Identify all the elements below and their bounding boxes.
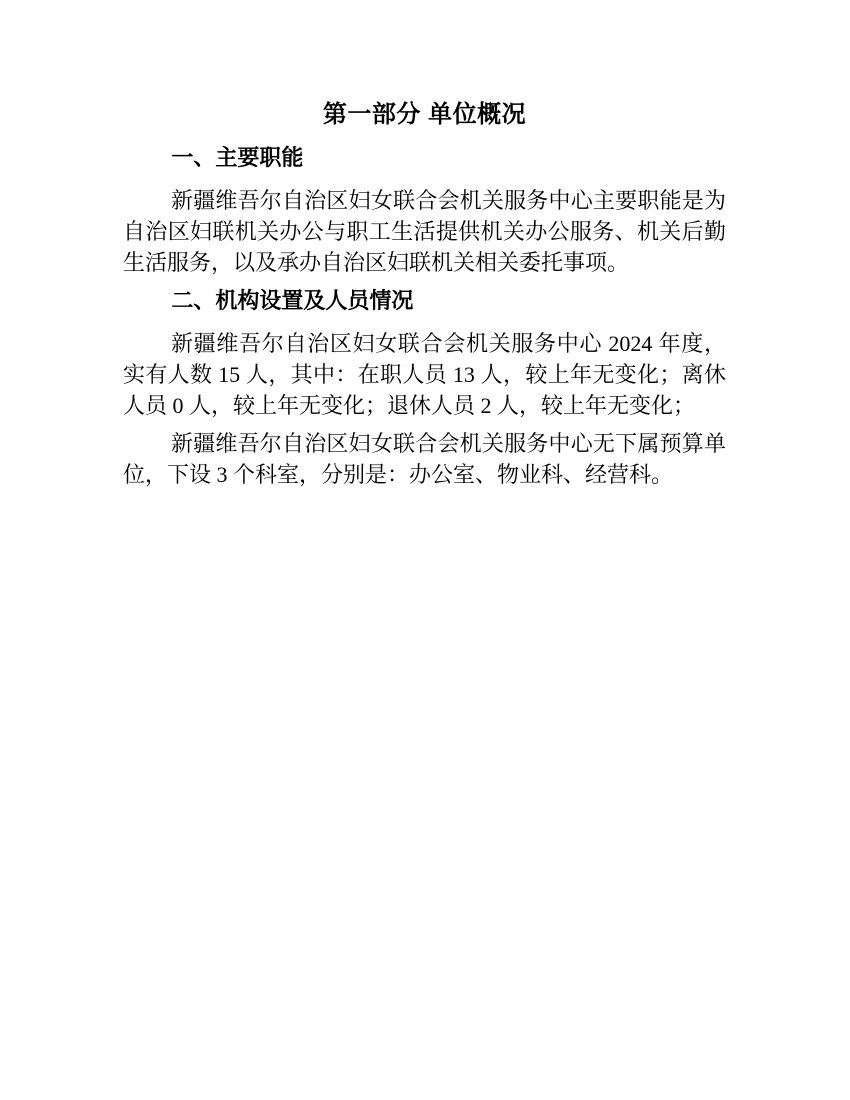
section-2-paragraph-1: 新疆维吾尔自治区妇女联合会机关服务中心 2024 年度，实有人数 15 人，其中… [123, 328, 726, 421]
section-main-functions: 一、主要职能 新疆维吾尔自治区妇女联合会机关服务中心主要职能是为自治区妇联机关办… [123, 142, 726, 278]
section-1-heading: 一、主要职能 [123, 142, 726, 173]
section-org-and-staff: 二、机构设置及人员情况 新疆维吾尔自治区妇女联合会机关服务中心 2024 年度，… [123, 285, 726, 490]
section-2-heading: 二、机构设置及人员情况 [123, 285, 726, 316]
page-title: 第一部分 单位概况 [123, 100, 726, 130]
section-1-paragraph-1: 新疆维吾尔自治区妇女联合会机关服务中心主要职能是为自治区妇联机关办公与职工生活提… [123, 185, 726, 278]
section-2-paragraph-2: 新疆维吾尔自治区妇女联合会机关服务中心无下属预算单位，下设 3 个科室，分别是：… [123, 428, 726, 490]
document-page: 第一部分 单位概况 一、主要职能 新疆维吾尔自治区妇女联合会机关服务中心主要职能… [0, 0, 850, 1100]
